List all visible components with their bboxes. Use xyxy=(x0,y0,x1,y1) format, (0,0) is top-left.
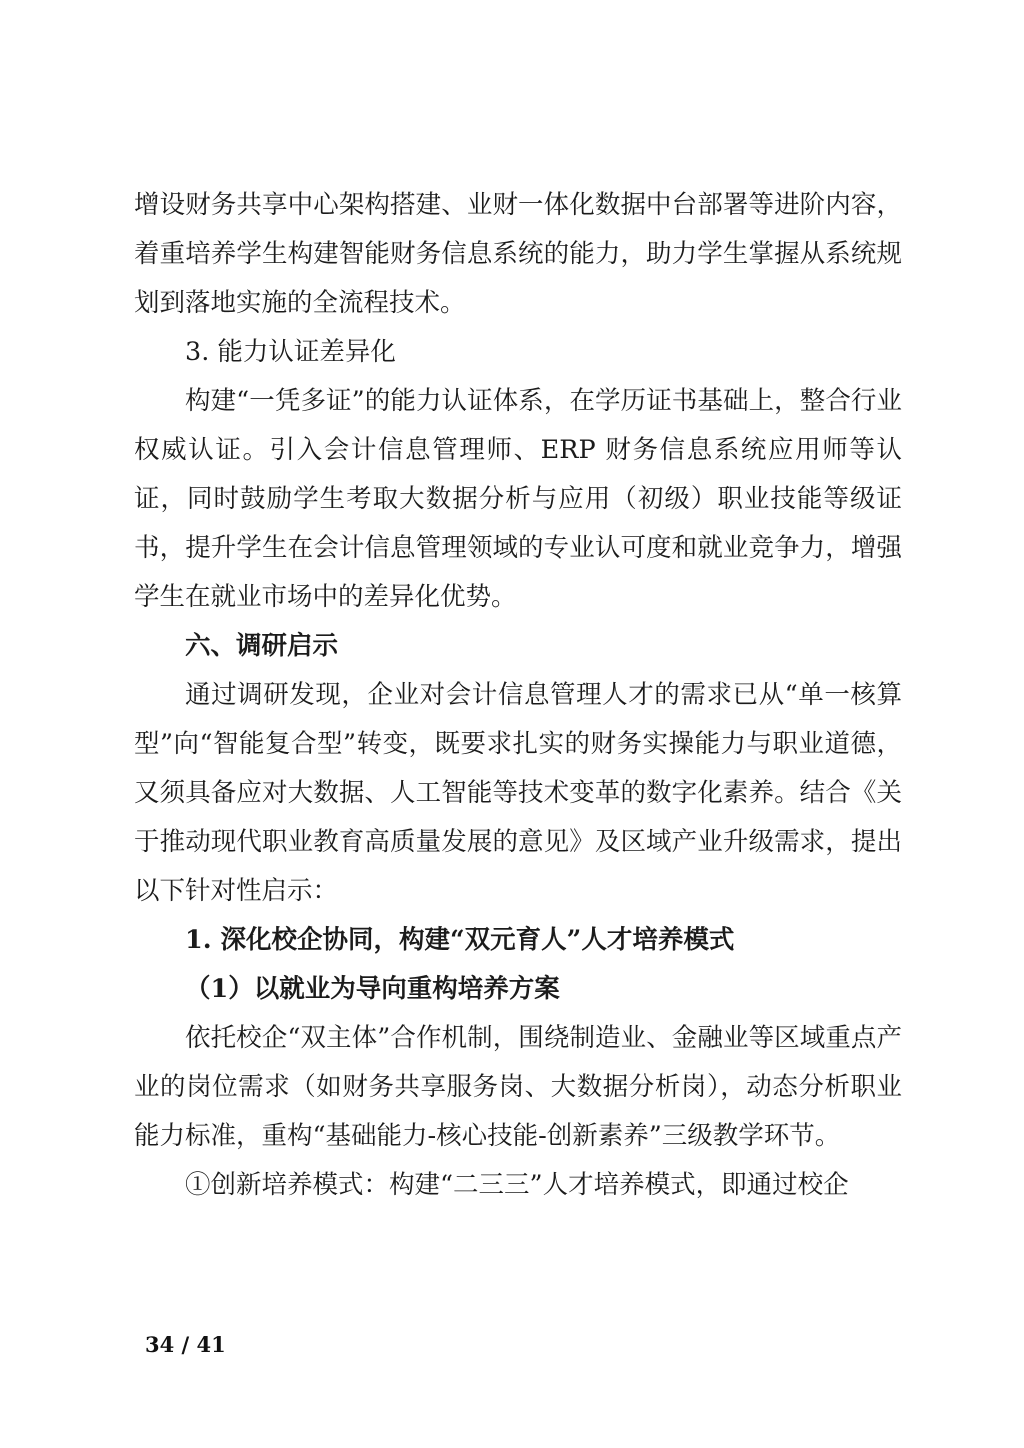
numbered-heading-1: 1. 深化校企协同，构建“双元育人”人才培养模式 xyxy=(134,916,902,965)
document-body: 增设财务共享中心架构搭建、业财一体化数据中台部署等进阶内容，着重培养学生构建智能… xyxy=(134,181,902,1210)
paragraph: 通过调研发现，企业对会计信息管理人才的需求已从“单一核算型”向“智能复合型”转变… xyxy=(134,671,902,916)
page-number: 34 / 41 xyxy=(145,1332,226,1358)
subheading-3: 3. 能力认证差异化 xyxy=(134,328,902,377)
paragraph: 构建“一凭多证”的能力认证体系，在学历证书基础上，整合行业权威认证。引入会计信息… xyxy=(134,377,902,622)
paragraph-continuation: 增设财务共享中心架构搭建、业财一体化数据中台部署等进阶内容，着重培养学生构建智能… xyxy=(134,181,902,328)
paragraph-circled-1: ①创新培养模式：构建“二三三”人才培养模式，即通过校企 xyxy=(134,1161,902,1210)
sub-numbered-heading-1: （1）以就业为导向重构培养方案 xyxy=(134,965,902,1014)
section-heading-6: 六、调研启示 xyxy=(134,622,902,671)
paragraph: 依托校企“双主体”合作机制，围绕制造业、金融业等区域重点产业的岗位需求（如财务共… xyxy=(134,1014,902,1161)
document-page: 增设财务共享中心架构搭建、业财一体化数据中台部署等进阶内容，着重培养学生构建智能… xyxy=(0,0,1024,1448)
